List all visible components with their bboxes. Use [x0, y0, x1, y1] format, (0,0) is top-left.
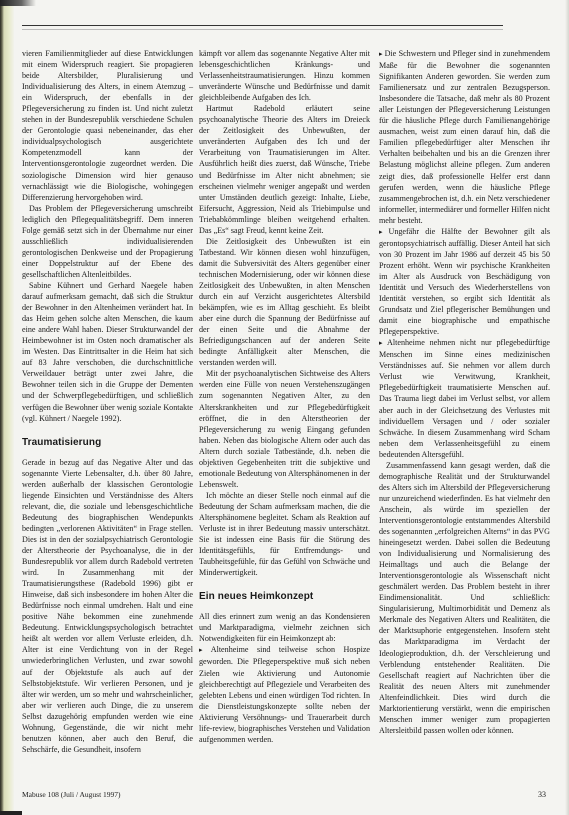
header-rule — [22, 25, 503, 26]
bullet-item: Die Schwestern und Pfleger sind in zuneh… — [379, 48, 550, 226]
paragraph: Hartmut Radebold erläutert seine psychoa… — [199, 103, 370, 236]
paragraph: kämpft vor allem das sogenannte Negative… — [199, 48, 370, 103]
bullet-item: Altenheime sind teilweise schon Hospize … — [199, 644, 370, 744]
section-heading-traumatisierung: Traumatisierung — [22, 437, 193, 448]
section-heading-heimkonzept: Ein neues Heimkonzept — [199, 591, 370, 602]
bullet-item: Altenheime nehmen nicht nur pflegebedürf… — [379, 337, 550, 460]
footer-publication: Mabuse 108 (Juli / August 1997) — [22, 790, 121, 799]
paragraph: Gerade in bezug auf das Negative Alter u… — [22, 457, 193, 755]
paragraph: Zusammenfassend kann gesagt werden, daß … — [379, 460, 550, 736]
paragraph: Mit der psychoanalytischen Sichtweise de… — [199, 368, 370, 490]
paragraph: Sabine Kühnert und Gerhard Naegele haben… — [22, 280, 193, 424]
paragraph: vieren Familienmitglieder auf diese Entw… — [22, 48, 193, 203]
scan-edge-top — [0, 0, 36, 6]
text-column-2: kämpft vor allem das sogenannte Negative… — [199, 48, 370, 745]
paragraph: Das Problem der Pflegeversicherung umsch… — [22, 203, 193, 280]
scan-edge-bottom — [0, 811, 22, 815]
header-rule-thin — [22, 29, 503, 30]
text-column-3: Die Schwestern und Pfleger sind in zuneh… — [379, 48, 550, 736]
paragraph: Die Zeitlosigkeit des Unbewußten ist ein… — [199, 236, 370, 369]
text-column-1: vieren Familienmitglieder auf diese Entw… — [22, 48, 193, 755]
bullet-item: Ungefähr die Hälfte der Bewohner gilt al… — [379, 226, 550, 337]
paragraph: All dies erinnert zum wenig an das Konde… — [199, 611, 370, 644]
scan-edge-right — [565, 0, 569, 815]
paragraph: Ich möchte an dieser Stelle noch einmal … — [199, 490, 370, 578]
page-number: 33 — [538, 790, 546, 799]
book-gutter-shadow — [0, 0, 14, 815]
